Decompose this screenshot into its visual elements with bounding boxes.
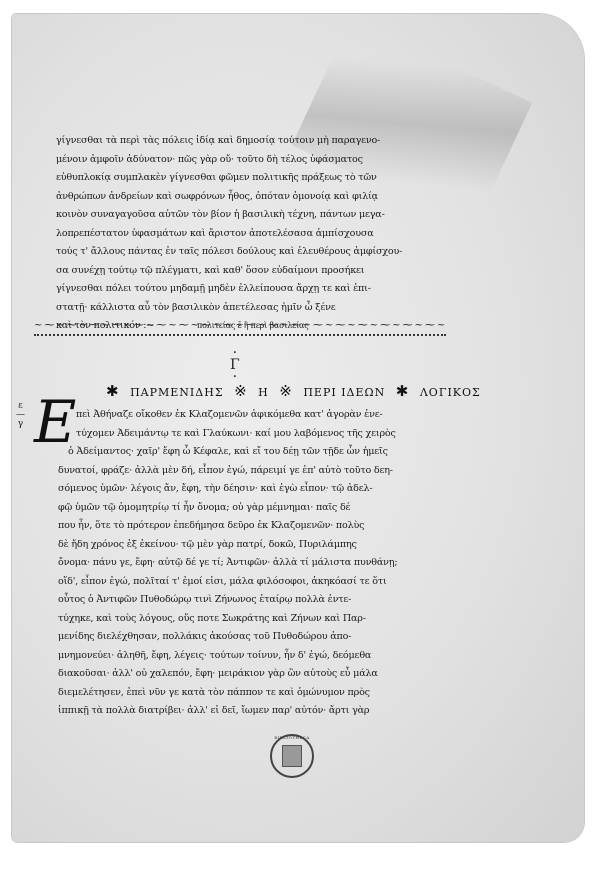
- quire-mark: · Γ ·: [230, 347, 240, 383]
- work-title: ✱ ΠΑΡΜΕΝΙΔΗΣ ※ Η ※ ΠΕΡΙ ΙΔΕΩΝ ✱ ΛΟΓΙΚΟΣ: [100, 382, 481, 400]
- ornamental-divider: ~⁓~⁓~⁓~⁓~⁓~⁓~⁓~⁓~⁓~⁓~⁓~⁓~⁓~⁓~⁓~⁓~⁓~⁓~⁓~⁓…: [34, 320, 446, 336]
- margin-mark: ε — γ: [16, 402, 25, 429]
- text-line: ἱππικῇ τὰ πολλὰ διατρίβει· ἀλλ' εἰ δεῖ, …: [58, 702, 458, 721]
- text-line: δυνατοί, φράζε· ἀλλὰ μὲν δή, εἶπον ἐγώ, …: [58, 462, 458, 481]
- section-one-text: γίγνεσθαι τὰ περὶ τὰς πόλεις ἰδίᾳ καὶ δη…: [56, 132, 456, 336]
- text-line: οἵδ', εἶπον ἐγώ, πολῖταί τ' ἐμοί εἰσι, μ…: [58, 573, 458, 592]
- text-line: τύχηκε, καὶ τοὺς λόγους, οὕς ποτε Σωκράτ…: [58, 610, 458, 629]
- text-line: ὁ Ἀδείμαντος· χαῖρ' ἔφη ὦ Κέφαλε, καὶ εἴ…: [58, 443, 458, 462]
- manuscript-leaf: γίγνεσθαι τὰ περὶ τὰς πόλεις ἰδίᾳ καὶ δη…: [12, 14, 584, 842]
- text-line: μενίδης διελέχθησαν, πολλάκις ἀκούσας το…: [58, 628, 458, 647]
- text-line: δὲ ἤδη χρόνος ἐξ ἐκείνου· τῷ μὲν γὰρ πατ…: [58, 536, 458, 555]
- text-line: εὐθυπλοκίᾳ συμπλακὲν γίγνεσθαι φῶμεν πολ…: [56, 169, 456, 188]
- text-line: τούς τ' ἄλλους πάντας ἐν ταῖς πόλεσι δού…: [56, 243, 456, 262]
- text-line: ἀνθρώπων ἀνδρείων καὶ σωφρόνων ἦθος, ὁπό…: [56, 188, 456, 207]
- text-line: στατῇ· κάλλιστα αὖ τὸν βασιλικὸν ἀπετέλε…: [56, 299, 456, 318]
- margin-mark-bottom: γ: [16, 420, 25, 429]
- text-line: τύχομεν Ἀδειμάντῳ τε καὶ Γλαύκωνι· καί μ…: [58, 425, 458, 444]
- text-line: διεμελέτησεν, ἐπεὶ νῦν γε κατὰ τὸν πάππο…: [58, 684, 458, 703]
- text-line: που ἦν, ὅτε τὸ πρότερον ἐπεδήμησα δεῦρο …: [58, 517, 458, 536]
- text-line: σα συνέχῃ τούτῳ τῷ πλέγματι, καὶ καθ' ὅσ…: [56, 262, 456, 281]
- asterisk-ornament-icon: ✱: [106, 382, 120, 400]
- asterisk-ornament-icon: ✱: [396, 382, 410, 400]
- text-line: μένοιν ἀμφοῖν ἀδύνατον· πῶς γὰρ οὔ· τοῦτ…: [56, 151, 456, 170]
- section-two-text: πεὶ Ἀθήναζε οἴκοθεν ἐκ Κλαζομενῶν ἀφικόμ…: [58, 406, 458, 721]
- text-line: διακοῦσαι· ἀλλ' οὐ χαλεπόν, ἔφη· μειράκι…: [58, 665, 458, 684]
- text-line: ὄνομα· πάνυ γε, ἔφη· αὐτῷ δέ γε τί; Ἀντι…: [58, 554, 458, 573]
- text-line: μνημονεύει· ἀληθῆ, ἔφη, λέγεις· τούτων τ…: [58, 647, 458, 666]
- crest-icon: [282, 745, 302, 767]
- title-on-ideas: ΠΕΡΙ ΙΔΕΩΝ: [303, 386, 385, 399]
- text-line: σόμενος ὑμῶν· λέγοις ἄν, ἔφη, τὴν δέησιν…: [58, 480, 458, 499]
- separator-ornament-icon: ※: [234, 382, 248, 400]
- text-line: λοπρεπέστατον ὑφασμάτων καὶ ἄριστον ἀποτ…: [56, 225, 456, 244]
- title-logical: ΛΟΓΙΚΟΣ: [420, 386, 481, 399]
- text-line: οὗτος ὁ Ἀντιφῶν Πυθοδώρῳ τινὶ Ζήνωνος ἑτ…: [58, 591, 458, 610]
- text-line: φῷ ὑμῶν τῷ ὁμομητρίῳ τί ἦν ὄνομα; οὐ γὰρ…: [58, 499, 458, 518]
- text-line: κοινὸν συναγαγοῦσα αὐτῶν τὸν βίον ἡ βασι…: [56, 206, 456, 225]
- library-stamp: BIBLIOTHECA: [270, 734, 314, 778]
- separator-ornament-icon: ※: [279, 382, 293, 400]
- title-parmenides: ΠΑΡΜΕΝΙΔΗΣ: [130, 386, 224, 399]
- text-line: γίγνεσθαι τὰ περὶ τὰς πόλεις ἰδίᾳ καὶ δη…: [56, 132, 456, 151]
- title-or: Η: [258, 386, 269, 399]
- text-line: πεὶ Ἀθήναζε οἴκοθεν ἐκ Κλαζομενῶν ἀφικόμ…: [58, 406, 458, 425]
- text-line: γίγνεσθαι πόλει τούτου μηδαμῇ μηδὲν ἐλλε…: [56, 280, 456, 299]
- stamp-text: BIBLIOTHECA: [272, 735, 312, 740]
